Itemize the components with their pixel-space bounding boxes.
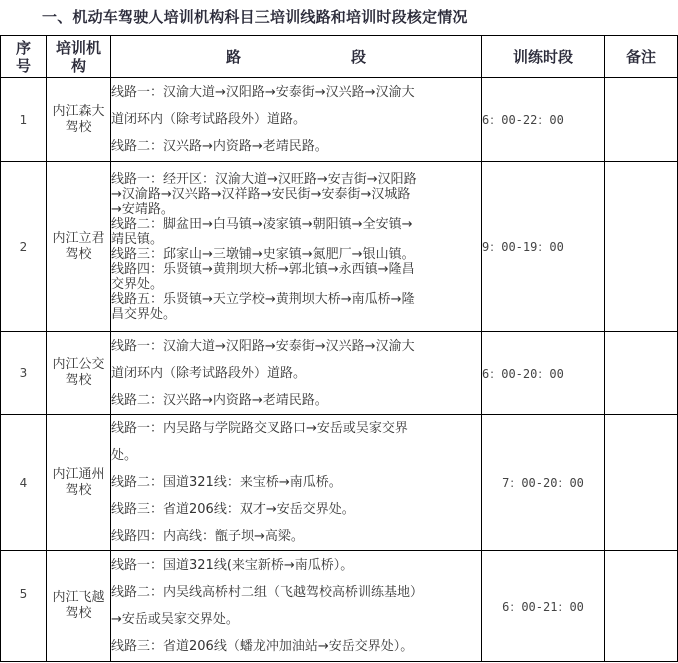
row-number: 5 xyxy=(1,551,47,662)
route-list: 线路一：汉渝大道→汉阳路→安泰街→汉兴路→汉渝大 道闭环内（除考试路段外）道路。… xyxy=(111,332,482,415)
header-num: 序号 xyxy=(1,36,47,78)
section-title: 一、机动车驾驶人培训机构科目三培训线路和培训时段核定情况 xyxy=(42,6,468,27)
route-line: 交界处。 xyxy=(111,277,481,292)
table-row: 4 内江通州驾校 线路一：内吴路与学院路交叉路口→安岳或吴家交界 处。 线路二：… xyxy=(1,415,678,551)
route-line: 线路二：内吴线高桥村二组（飞越驾校高桥训练基地） xyxy=(111,579,481,606)
school-name: 内江森大驾校 xyxy=(47,78,111,162)
training-hours: 6：00-22：00 xyxy=(482,78,605,162)
route-line: 线路一：国道321线(来宝新桥→南瓜桥）。 xyxy=(111,552,481,579)
row-number: 1 xyxy=(1,78,47,162)
note-cell xyxy=(605,162,678,332)
route-line: 线路一：经开区：汉渝大道→汉旺路→安吉街→汉阳路 xyxy=(111,172,481,187)
note-cell xyxy=(605,78,678,162)
school-name: 内江公交驾校 xyxy=(47,332,111,415)
route-line: 线路二：汉兴路→内资路→老靖民路。 xyxy=(111,133,481,160)
route-line: 线路四：内高线：甑子坝→高梁。 xyxy=(111,523,481,550)
route-line: 道闭环内（除考试路段外）道路。 xyxy=(111,360,481,387)
training-hours: 7：00-20：00 xyxy=(482,415,605,551)
school-name: 内江立君驾校 xyxy=(47,162,111,332)
route-line: 靖民镇。 xyxy=(111,232,481,247)
route-line: 道闭环内（除考试路段外）道路。 xyxy=(111,106,481,133)
header-route-char-1: 路 xyxy=(226,48,241,66)
training-hours: 6：00-20：00 xyxy=(482,332,605,415)
row-number: 2 xyxy=(1,162,47,332)
route-line: 线路一：内吴路与学院路交叉路口→安岳或吴家交界 xyxy=(111,415,481,442)
training-hours: 9：00-19：00 xyxy=(482,162,605,332)
header-row: 序号 培训机构 路段 训练时段 备注 xyxy=(1,36,678,78)
school-name: 内江飞越驾校 xyxy=(47,551,111,662)
header-org: 培训机构 xyxy=(47,36,111,78)
route-line: 昌交界处。 xyxy=(111,307,481,322)
route-line: 线路一：汉渝大道→汉阳路→安泰街→汉兴路→汉渝大 xyxy=(111,79,481,106)
header-route-char-2: 段 xyxy=(351,48,366,66)
school-name: 内江通州驾校 xyxy=(47,415,111,551)
route-line: 线路三：省道206线（蟠龙冲加油站→安岳交界处）。 xyxy=(111,633,481,660)
route-line: 线路二：脚盆田→白马镇→凌家镇→朝阳镇→全安镇→ xyxy=(111,217,481,232)
route-line: 线路二：汉兴路→内资路→老靖民路。 xyxy=(111,387,481,414)
note-cell xyxy=(605,332,678,415)
table-row: 3 内江公交驾校 线路一：汉渝大道→汉阳路→安泰街→汉兴路→汉渝大 道闭环内（除… xyxy=(1,332,678,415)
note-cell xyxy=(605,415,678,551)
route-line: →安靖路。 xyxy=(111,202,481,217)
route-list: 线路一：国道321线(来宝新桥→南瓜桥）。 线路二：内吴线高桥村二组（飞越驾校高… xyxy=(111,551,482,662)
training-routes-table: 序号 培训机构 路段 训练时段 备注 1 内江森大驾校 线路一：汉渝大道→汉阳路… xyxy=(0,35,678,662)
route-line: 线路四：乐贤镇→黄荆坝大桥→郭北镇→永西镇→隆昌 xyxy=(111,262,481,277)
route-line: →汉渝路→汉兴路→汉祥路→安民街→安泰街→汉城路 xyxy=(111,187,481,202)
header-note: 备注 xyxy=(605,36,678,78)
row-number: 3 xyxy=(1,332,47,415)
route-line: 线路五：乐贤镇→天立学校→黄荆坝大桥→南瓜桥→隆 xyxy=(111,292,481,307)
route-list: 线路一：经开区：汉渝大道→汉旺路→安吉街→汉阳路 →汉渝路→汉兴路→汉祥路→安民… xyxy=(111,162,482,332)
table-row: 1 内江森大驾校 线路一：汉渝大道→汉阳路→安泰街→汉兴路→汉渝大 道闭环内（除… xyxy=(1,78,678,162)
route-line: 线路一：汉渝大道→汉阳路→安泰街→汉兴路→汉渝大 xyxy=(111,333,481,360)
route-line: →安岳或吴家交界处。 xyxy=(111,606,481,633)
route-list: 线路一：汉渝大道→汉阳路→安泰街→汉兴路→汉渝大 道闭环内（除考试路段外）道路。… xyxy=(111,78,482,162)
route-line: 线路三：邱家山→三墩铺→史家镇→氮肥厂→银山镇。 xyxy=(111,247,481,262)
header-route: 路段 xyxy=(111,36,482,78)
row-number: 4 xyxy=(1,415,47,551)
route-line: 线路二：国道321线：来宝桥→南瓜桥。 xyxy=(111,469,481,496)
route-line: 处。 xyxy=(111,442,481,469)
header-time: 训练时段 xyxy=(482,36,605,78)
table-row: 2 内江立君驾校 线路一：经开区：汉渝大道→汉旺路→安吉街→汉阳路 →汉渝路→汉… xyxy=(1,162,678,332)
table-row: 5 内江飞越驾校 线路一：国道321线(来宝新桥→南瓜桥）。 线路二：内吴线高桥… xyxy=(1,551,678,662)
route-line: 线路三：省道206线：双才→安岳交界处。 xyxy=(111,496,481,523)
training-hours: 6：00-21：00 xyxy=(482,551,605,662)
route-list: 线路一：内吴路与学院路交叉路口→安岳或吴家交界 处。 线路二：国道321线：来宝… xyxy=(111,415,482,551)
note-cell xyxy=(605,551,678,662)
